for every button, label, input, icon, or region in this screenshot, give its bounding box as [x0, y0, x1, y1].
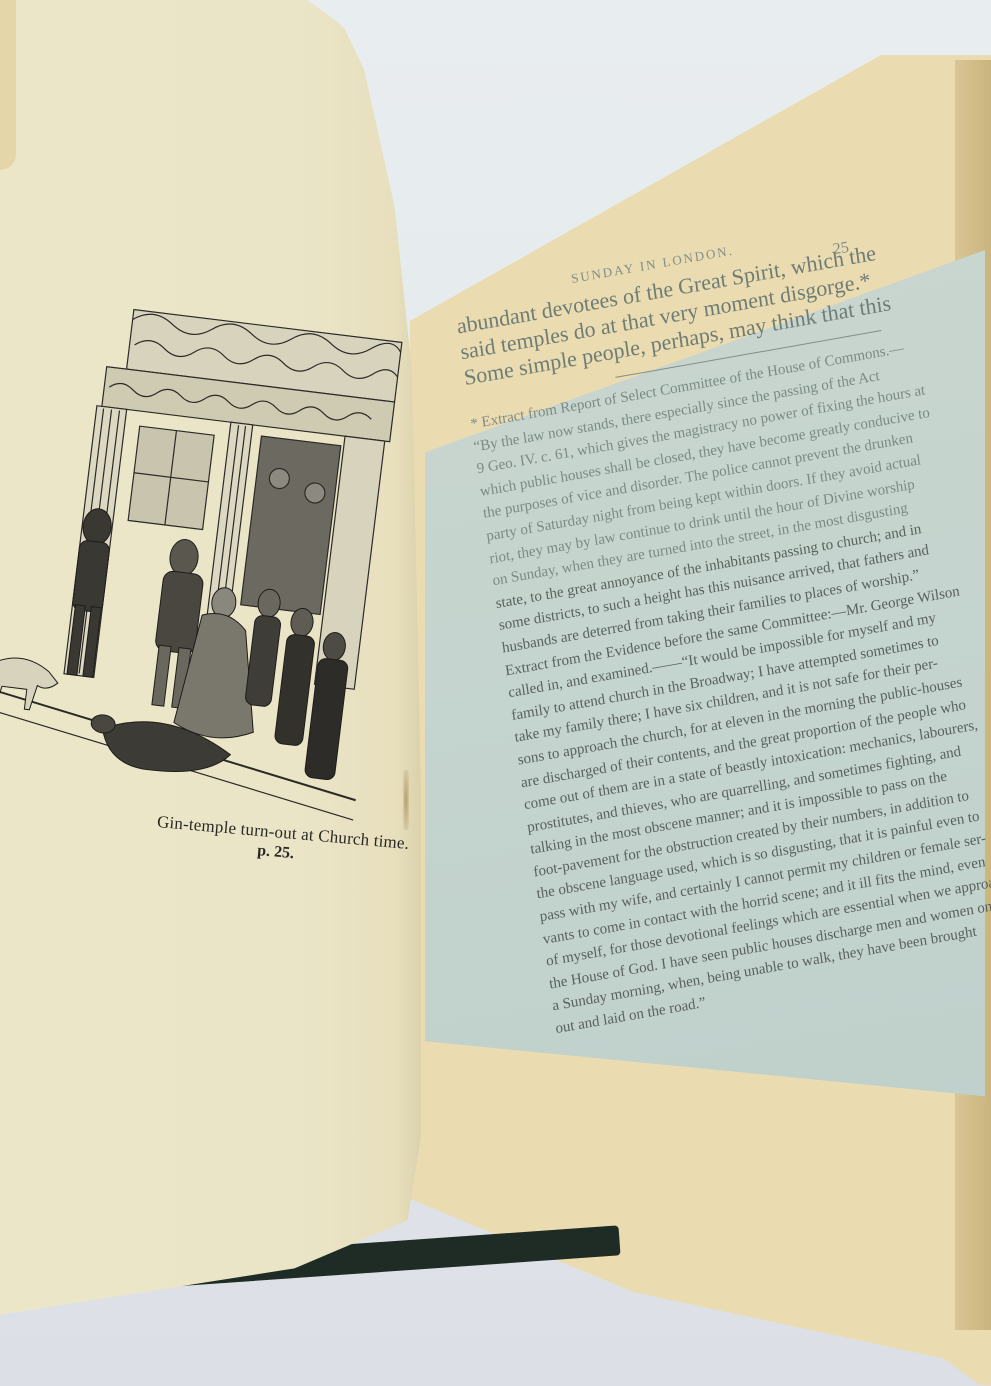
gin-temple-engraving: G.C.: [0, 285, 413, 850]
engraving-illustration: G.C.: [0, 285, 413, 850]
left-page-edge: [0, 0, 16, 170]
foxing-stain: [403, 770, 409, 830]
caption-page-reference: p. 25.: [256, 842, 294, 863]
photo-scene: 25 SUNDAY IN LONDON. abundant devotees o…: [0, 0, 991, 1386]
footnote: * Extract from Report of Select Committe…: [469, 324, 991, 1041]
